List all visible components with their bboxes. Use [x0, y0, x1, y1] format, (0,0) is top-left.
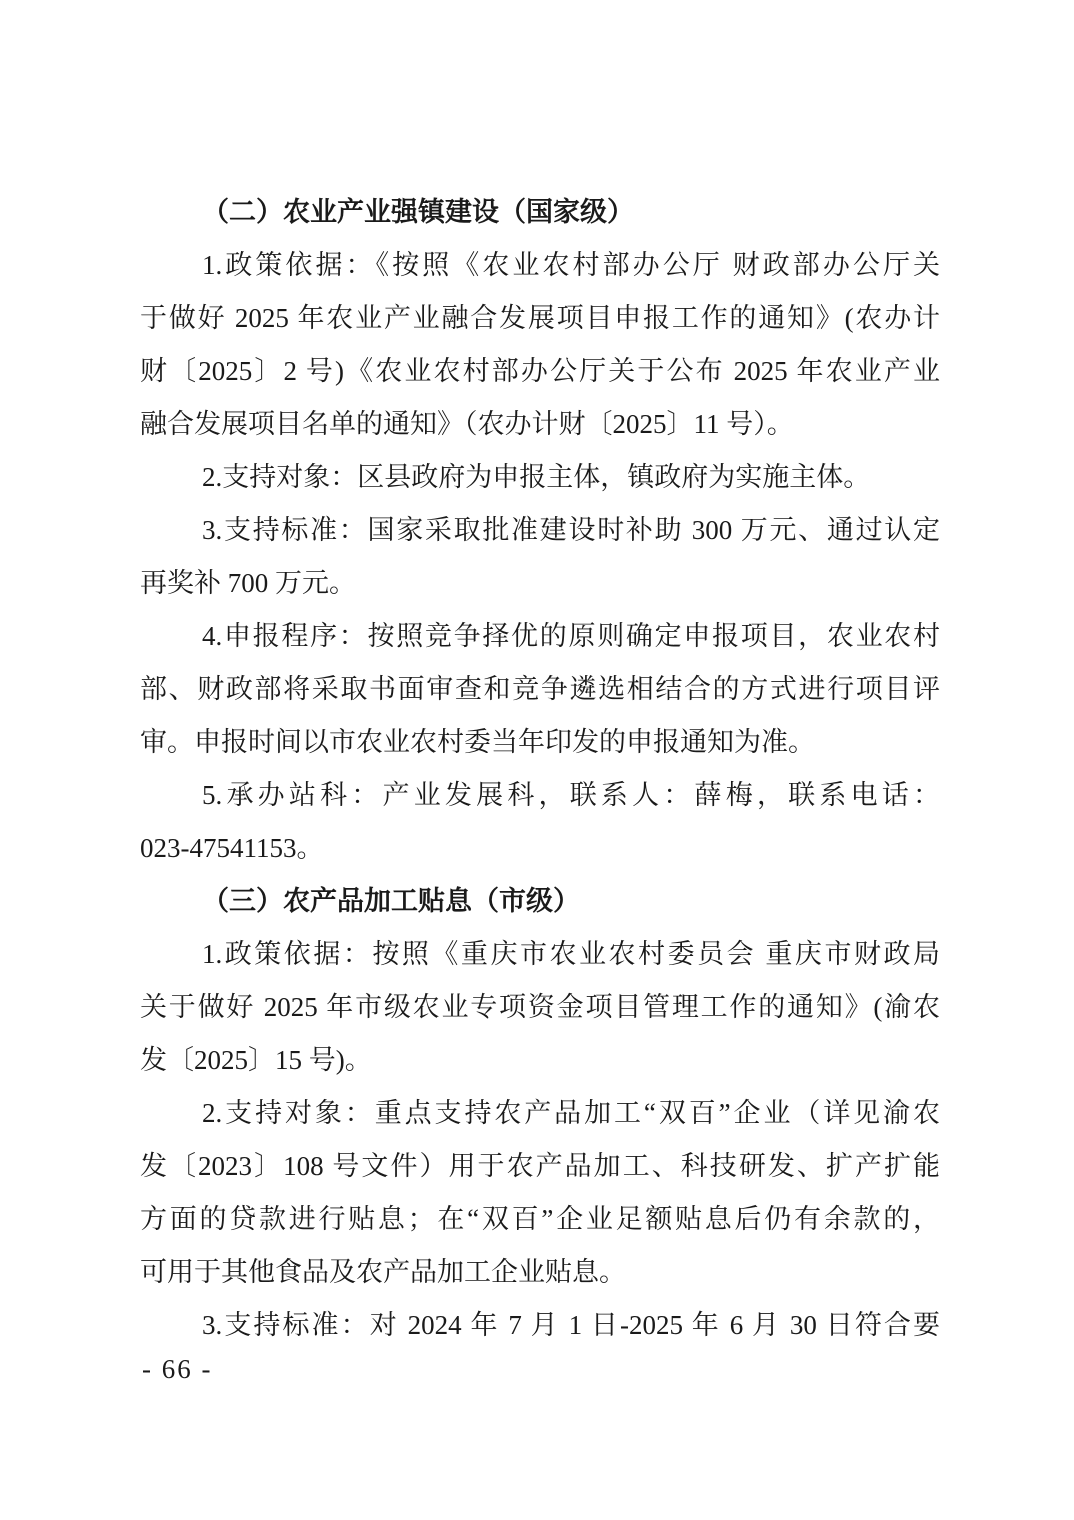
- text-line: 再奖补 700 万元。: [140, 557, 940, 610]
- text-line: 5.承办站科：产业发展科，联系人：薛梅，联系电话：: [140, 769, 940, 822]
- text-line: 关于做好 2025 年市级农业专项资金项目管理工作的通知》(渝农: [140, 981, 940, 1034]
- text-line: 方面的贷款进行贴息；在“双百”企业足额贴息后仍有余款的，: [140, 1193, 940, 1246]
- text-line: 4.申报程序：按照竞争择优的原则确定申报项目，农业农村: [140, 610, 940, 663]
- text-line: 023-47541153。: [140, 822, 940, 875]
- section-heading: （二）农业产业强镇建设（国家级）: [140, 186, 940, 239]
- text-line: 发〔2023〕108 号文件）用于农产品加工、科技研发、扩产扩能: [140, 1140, 940, 1193]
- document-body: （二）农业产业强镇建设（国家级）1.政策依据：《按照《农业农村部办公厅 财政部办…: [140, 186, 940, 1352]
- text-line: 于做好 2025 年农业产业融合发展项目申报工作的通知》(农办计: [140, 292, 940, 345]
- text-line: 2.支持对象：区县政府为申报主体，镇政府为实施主体。: [140, 451, 940, 504]
- section-heading: （三）农产品加工贴息（市级）: [140, 875, 940, 928]
- page-number: - 66 -: [142, 1349, 212, 1389]
- text-line: 财〔2025〕2 号)《农业农村部办公厅关于公布 2025 年农业产业: [140, 345, 940, 398]
- text-line: 部、财政部将采取书面审查和竞争遴选相结合的方式进行项目评: [140, 663, 940, 716]
- text-line: 可用于其他食品及农产品加工企业贴息。: [140, 1246, 940, 1299]
- text-line: 2.支持对象：重点支持农产品加工“双百”企业（详见渝农: [140, 1087, 940, 1140]
- document-page: （二）农业产业强镇建设（国家级）1.政策依据：《按照《农业农村部办公厅 财政部办…: [0, 0, 1074, 1520]
- text-line: 1.政策依据：按照《重庆市农业农村委员会 重庆市财政局: [140, 928, 940, 981]
- text-line: 审。申报时间以市农业农村委当年印发的申报通知为准。: [140, 716, 940, 769]
- text-line: 3.支持标准：国家采取批准建设时补助 300 万元、通过认定: [140, 504, 940, 557]
- text-line: 发〔2025〕15 号)。: [140, 1034, 940, 1087]
- text-line: 3.支持标准：对 2024 年 7 月 1 日-2025 年 6 月 30 日符…: [140, 1299, 940, 1352]
- text-line: 1.政策依据：《按照《农业农村部办公厅 财政部办公厅关: [140, 239, 940, 292]
- text-line: 融合发展项目名单的通知》（农办计财〔2025〕11 号）。: [140, 398, 940, 451]
